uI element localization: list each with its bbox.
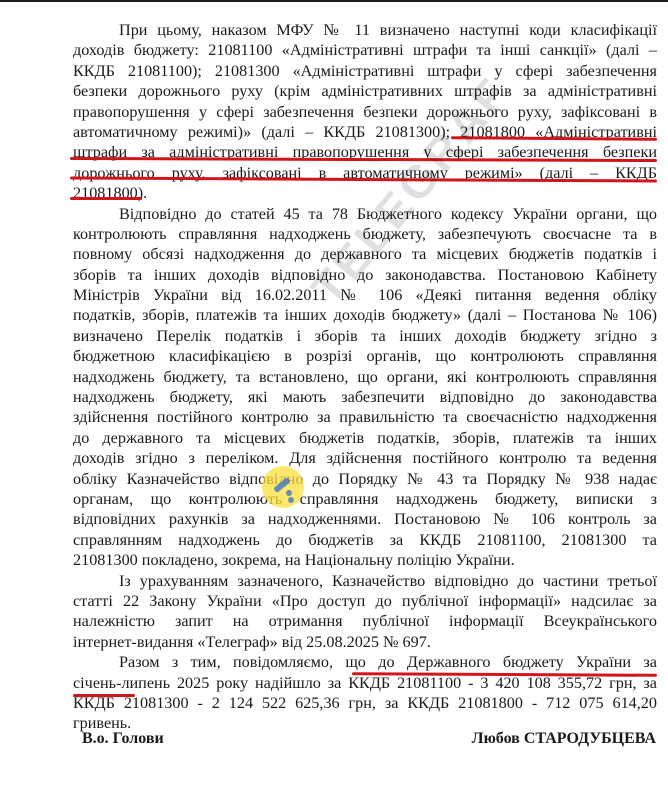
text-line: Відповідно до статей 45 та 78 Бюджетного… [73,204,657,224]
text-line: справлянням надходжень до бюджетів за КК… [73,530,657,550]
paragraph-revenue-amounts: Разом з тим, повідомляємо, що до Державн… [73,652,657,734]
text-line: органам, що контролюють справляння надхо… [73,489,657,509]
paragraph-public-info-request: Із урахуванням зазначеного, Казначейство… [73,571,657,653]
text-line: ККДБ 21081100); 21081300 «Адміністративн… [73,61,657,81]
text-line: повному обсязі надходження до державного… [73,244,657,264]
text-line: При цьому, наказом МФУ № 11 визначено на… [73,20,657,40]
text-line: бюджетною класифікацією в розрізі органі… [73,346,657,366]
text-line: Разом з тим, повідомляємо, що до Державн… [73,652,657,672]
text-line: 21081300 покладено, зокрема, на Націонал… [73,550,657,570]
signatory-position: В.о. Голови [82,730,164,748]
text-line: надходжень бюджету, які мають забезпечит… [73,387,657,407]
text-line: здійснення постійного контролю за правил… [73,407,657,427]
text-line: доходів бюджету: 21081100 «Адміністратив… [73,40,657,60]
text-line: Із урахуванням зазначеного, Казначейство… [73,571,657,591]
text-line: зборів та інших доходів відповідно до за… [73,265,657,285]
text-line: належністю запит на отримання публічної … [73,611,657,631]
text-line: визначено Перелік податків і зборів та і… [73,326,657,346]
text-line: надходжень бюджету, та встановлено, що о… [73,367,657,387]
highlight-underline [70,197,142,200]
text-line: контролюють справляння надходжень бюджет… [73,224,657,244]
text-line: безпеки дорожнього руху (крім адміністра… [73,81,657,101]
highlight-underline [73,694,135,697]
document-page: При цьому, наказом МФУ № 11 визначено на… [73,20,657,734]
text-line: Міністрів України від 16.02.2011 № 106 «… [73,285,657,305]
text-line: правопорушення у сфері забезпечення безп… [73,102,657,122]
text-line: податків, зборів, платежів та інших дохо… [73,305,657,325]
text-line: обліку Казначейство відповідно до Порядк… [73,469,657,489]
text-line: ККДБ 21081300 - 2 124 522 625,36 грн, за… [73,693,657,713]
signatory-name: Любов СТАРОДУБЦЕВА [472,730,656,748]
paragraph-budget-code-control: Відповідно до статей 45 та 78 Бюджетного… [73,204,657,571]
text-line: 21081800). [73,183,657,203]
text-line: до державного та місцевих бюджетів подат… [73,428,657,448]
text-line: доходів згідно з переліком. Для здійснен… [73,448,657,468]
text-line: статті 22 Закону України «Про доступ до … [73,591,657,611]
text-line: інтернет-видання «Телеграф» від 25.08.20… [73,632,657,652]
top-border [0,0,668,2]
text-line: відповідних рахунків за надходженнями. П… [73,509,657,529]
